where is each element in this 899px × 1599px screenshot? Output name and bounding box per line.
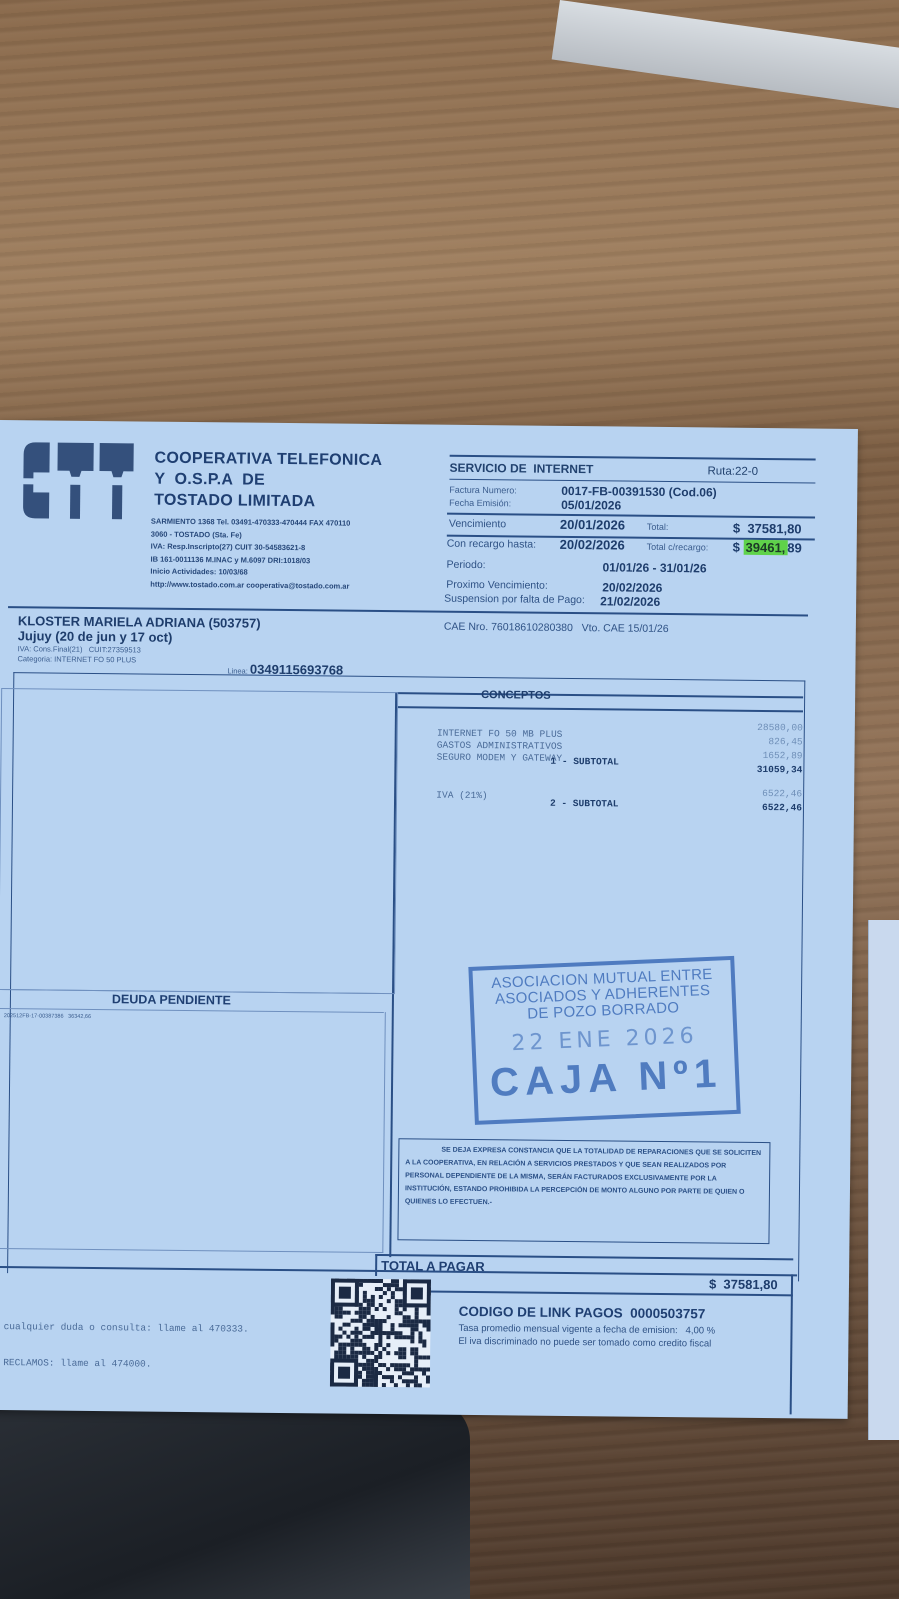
vertical-divider — [790, 1274, 793, 1414]
route-code: Ruta:22-0 — [707, 465, 758, 478]
due-date-label: Vencimiento — [449, 518, 506, 531]
concepts-title: CONCEPTOS — [481, 689, 551, 702]
highlighted-amount: 39461, — [743, 540, 787, 555]
contact-line: or RECLAMOS: llame al 474000. — [0, 1357, 248, 1372]
subtotal-1-amount: 31059,34 — [712, 763, 802, 775]
period-label: Periodo: — [446, 559, 485, 571]
next-due-label: Proximo Vencimiento: — [446, 579, 548, 592]
contact-line: or cualquier duda o consulta: llame al 4… — [0, 1321, 249, 1336]
subtotal-2-label: 2 - SUBTOTAL — [550, 798, 619, 810]
total-label: Total: — [647, 522, 669, 532]
period-value: 01/01/26 - 31/01/26 — [602, 560, 706, 575]
due-date: 20/01/2026 — [560, 517, 625, 533]
total-amount: $ 37581,80 — [733, 521, 802, 537]
suspension-date: 21/02/2026 — [600, 594, 660, 609]
contact-info: or cualquier duda o consulta: llame al 4… — [0, 1297, 249, 1396]
footer-notes: Tasa promedio mensual vigente a fecha de… — [458, 1322, 715, 1351]
adjacent-document-edge — [868, 920, 899, 1440]
vertical-divider — [375, 1254, 377, 1276]
cae-number: CAE Nro. 76018610280380 Vto. CAE 15/01/2… — [444, 621, 669, 635]
stamp-cashier: CAJA Nº1 — [476, 1051, 736, 1107]
issue-date-label: Fecha Emisión: — [449, 498, 511, 509]
debt-title: DEUDA PENDIENTE — [112, 992, 231, 1007]
vat-note: El iva discriminado no puede ser tomado … — [458, 1335, 715, 1351]
company-name: COOPERATIVA TELEFONICA Y O.S.P.A DE TOST… — [154, 448, 382, 513]
company-name-line: Y O.S.P.A DE — [154, 469, 382, 492]
next-due-date: 20/02/2026 — [602, 580, 662, 595]
currency-symbol: $ — [733, 540, 740, 555]
subtotal-2-amount: 6522,46 — [712, 801, 802, 813]
divider — [450, 455, 816, 461]
concepts-table: INTERNET FO 50 MB PLUS 28580,00 GASTOS A… — [402, 716, 803, 816]
notice-text: SE DEJA EXPRESA CONSTANCIA QUE LA TOTALI… — [405, 1143, 764, 1212]
customer-category: Categoria: INTERNET FO 50 PLUS — [17, 654, 136, 664]
customer-address: Jujuy (20 de jun y 17 oct) — [18, 628, 261, 646]
surcharge-date: 20/02/2026 — [560, 537, 625, 553]
invoice-number-label: Factura Numero: — [449, 485, 517, 496]
company-name-line: COOPERATIVA TELEFONICA — [154, 448, 382, 471]
blank-area — [0, 688, 398, 994]
total-to-pay-amount: $ 37581,80 — [709, 1276, 778, 1292]
issue-date: 05/01/2026 — [561, 498, 621, 513]
amount-tail: 89 — [787, 540, 802, 555]
customer-iva: IVA: Cons.Final(21) CUIT:27359513 — [18, 644, 141, 654]
ctt-logo-icon — [19, 440, 135, 521]
payment-stamp: ASOCIACION MUTUAL ENTRE ASOCIADOS Y ADHE… — [468, 956, 740, 1125]
total-surcharge-label: Total c/recargo: — [647, 542, 709, 553]
service-title: SERVICIO DE INTERNET — [449, 461, 593, 477]
subtotal-1-label: 1 - SUBTOTAL — [550, 756, 619, 768]
dark-fabric-background — [0, 1400, 470, 1599]
qr-code-icon — [330, 1279, 431, 1388]
suspension-label: Suspension por falta de Pago: — [444, 593, 585, 606]
total-surcharge-amount: $ 39461,89 — [733, 540, 802, 556]
customer-name: KLOSTER MARIELA ADRIANA (503757) Jujuy (… — [18, 613, 261, 646]
surcharge-date-label: Con recargo hasta: — [447, 538, 536, 551]
company-name-line: TOSTADO LIMITADA — [154, 490, 382, 513]
company-web-email: http://www.tostado.com.ar cooperativa@to… — [150, 578, 350, 593]
debt-area — [0, 1008, 386, 1253]
subtotal-1-row: 1 - SUBTOTAL 31059,34 — [402, 752, 802, 774]
company-info: SARMIENTO 1368 Tel. 03491-470333-470444 … — [150, 516, 350, 593]
repairs-notice: SE DEJA EXPRESA CONSTANCIA QUE LA TOTALI… — [397, 1138, 770, 1244]
utility-bill: COOPERATIVA TELEFONICA Y O.S.P.A DE TOST… — [0, 420, 858, 1419]
divider — [449, 479, 815, 484]
link-pagos-code: CODIGO DE LINK PAGOS 0000503757 — [459, 1304, 706, 1322]
